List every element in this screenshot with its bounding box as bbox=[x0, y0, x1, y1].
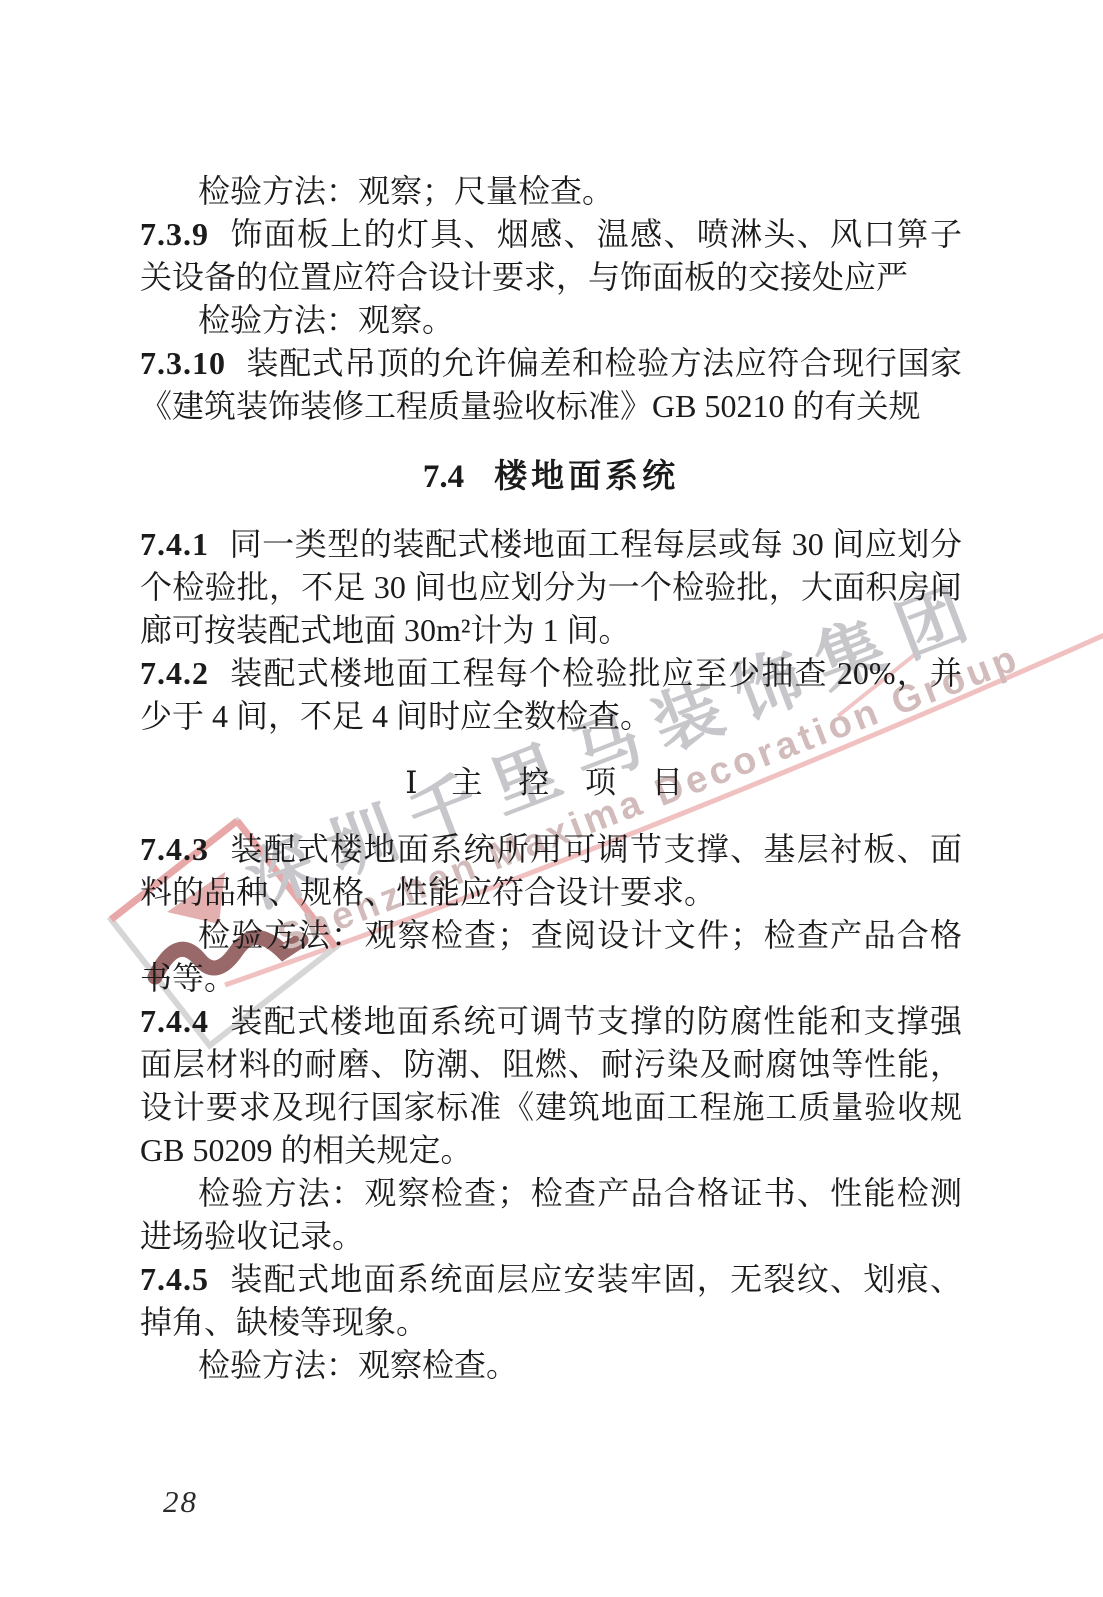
clause-7-4-5-line-1: 7.4.5装配式地面系统面层应安装牢固，无裂纹、划痕、磨痕、 bbox=[140, 1258, 962, 1301]
clause-7-4-5-line-2: 掉角、缺棱等现象。 bbox=[140, 1301, 962, 1344]
clause-number: 7.4.1 bbox=[140, 526, 209, 562]
clause-7-4-2-line-2: 少于 4 间，不足 4 间时应全数检查。 bbox=[140, 695, 962, 738]
clause-text: 装配式吊顶的允许偏差和检验方法应符合现行国家标准 bbox=[140, 345, 962, 385]
clause-text: 装配式楼地面系统可调节支撑的防腐性能和支撑强度， bbox=[140, 1003, 962, 1043]
clause-7-3-10-line-2: 《建筑装饰装修工程质量验收标准》GB 50210 的有关规定。 bbox=[140, 385, 962, 428]
clause-7-3-9-line-1: 7.3.9饰面板上的灯具、烟感、温感、喷淋头、风口箅子等相 bbox=[140, 213, 962, 256]
clause-text: 装配式楼地面工程每个检验批应至少抽查 20%，并不得 bbox=[140, 655, 962, 695]
method-line-1: 检验方法：观察检查；查阅设计文件；检查产品合格证 bbox=[140, 914, 962, 957]
clause-7-4-2-line-1: 7.4.2装配式楼地面工程每个检验批应至少抽查 20%，并不得 bbox=[140, 652, 962, 695]
clause-7-4-3-line-2: 料的品种、规格、性能应符合设计要求。 bbox=[140, 871, 962, 914]
clause-number: 7.3.9 bbox=[140, 216, 209, 252]
clause-7-4-1-line-2: 个检验批，不足 30 间也应划分为一个检验批，大面积房间和走 bbox=[140, 566, 962, 609]
clause-number: 7.4.3 bbox=[140, 831, 209, 867]
method-line: 检验方法：观察；尺量检查。 bbox=[140, 170, 962, 213]
clause-7-4-3-line-1: 7.4.3装配式楼地面系统所用可调节支撑、基层衬板、面层材 bbox=[140, 828, 962, 871]
clause-text: 同一类型的装配式楼地面工程每层或每 30 间应划分为一 bbox=[140, 526, 962, 566]
clause-7-4-1-line-3: 廊可按装配式地面 30m²计为 1 间。 bbox=[140, 609, 962, 652]
subsection-roman-numeral: Ⅰ bbox=[405, 765, 417, 800]
clause-7-3-9-line-2: 关设备的位置应符合设计要求，与饰面板的交接处应严密。 bbox=[140, 256, 962, 299]
subsection-heading: Ⅰ主 控 项 目 bbox=[140, 761, 962, 804]
section-title: 楼地面系统 bbox=[494, 459, 679, 495]
document-page: 深圳千里马装饰集团 Shenzhen Maxima Decoration Gro… bbox=[0, 0, 1103, 1597]
clause-7-4-4-line-4: GB 50209 的相关规定。 bbox=[140, 1129, 962, 1172]
clause-7-4-4-line-2: 面层材料的耐磨、防潮、阻燃、耐污染及耐腐蚀等性能，应符合 bbox=[140, 1043, 962, 1086]
method-line-1: 检验方法：观察检查；检查产品合格证书、性能检测报告和 bbox=[140, 1172, 962, 1215]
clause-text: 装配式地面系统面层应安装牢固，无裂纹、划痕、磨痕、 bbox=[140, 1261, 962, 1301]
clause-7-4-4-line-3: 设计要求及现行国家标准《建筑地面工程施工质量验收规范》 bbox=[140, 1086, 962, 1129]
clause-7-4-4-line-1: 7.4.4装配式楼地面系统可调节支撑的防腐性能和支撑强度， bbox=[140, 1000, 962, 1043]
clause-number: 7.4.4 bbox=[140, 1003, 209, 1039]
page-body: 检验方法：观察；尺量检查。 7.3.9饰面板上的灯具、烟感、温感、喷淋头、风口箅… bbox=[0, 0, 1103, 1387]
clause-number: 7.3.10 bbox=[140, 345, 226, 381]
clause-text: 饰面板上的灯具、烟感、温感、喷淋头、风口箅子等相 bbox=[140, 216, 962, 256]
section-heading: 7.4楼地面系统 bbox=[140, 456, 962, 499]
clause-7-4-1-line-1: 7.4.1同一类型的装配式楼地面工程每层或每 30 间应划分为一 bbox=[140, 523, 962, 566]
method-line: 检验方法：观察。 bbox=[140, 299, 962, 342]
method-line-2: 进场验收记录。 bbox=[140, 1215, 962, 1258]
clause-number: 7.4.5 bbox=[140, 1261, 209, 1297]
clause-text: 装配式楼地面系统所用可调节支撑、基层衬板、面层材 bbox=[140, 831, 962, 871]
section-number: 7.4 bbox=[423, 459, 464, 495]
page-number: 28 bbox=[163, 1484, 198, 1520]
clause-number: 7.4.2 bbox=[140, 655, 209, 691]
clause-7-3-10-line-1: 7.3.10装配式吊顶的允许偏差和检验方法应符合现行国家标准 bbox=[140, 342, 962, 385]
subsection-title: 主 控 项 目 bbox=[452, 765, 697, 800]
method-line-2: 书等。 bbox=[140, 957, 962, 1000]
method-line: 检验方法：观察检查。 bbox=[140, 1344, 962, 1387]
